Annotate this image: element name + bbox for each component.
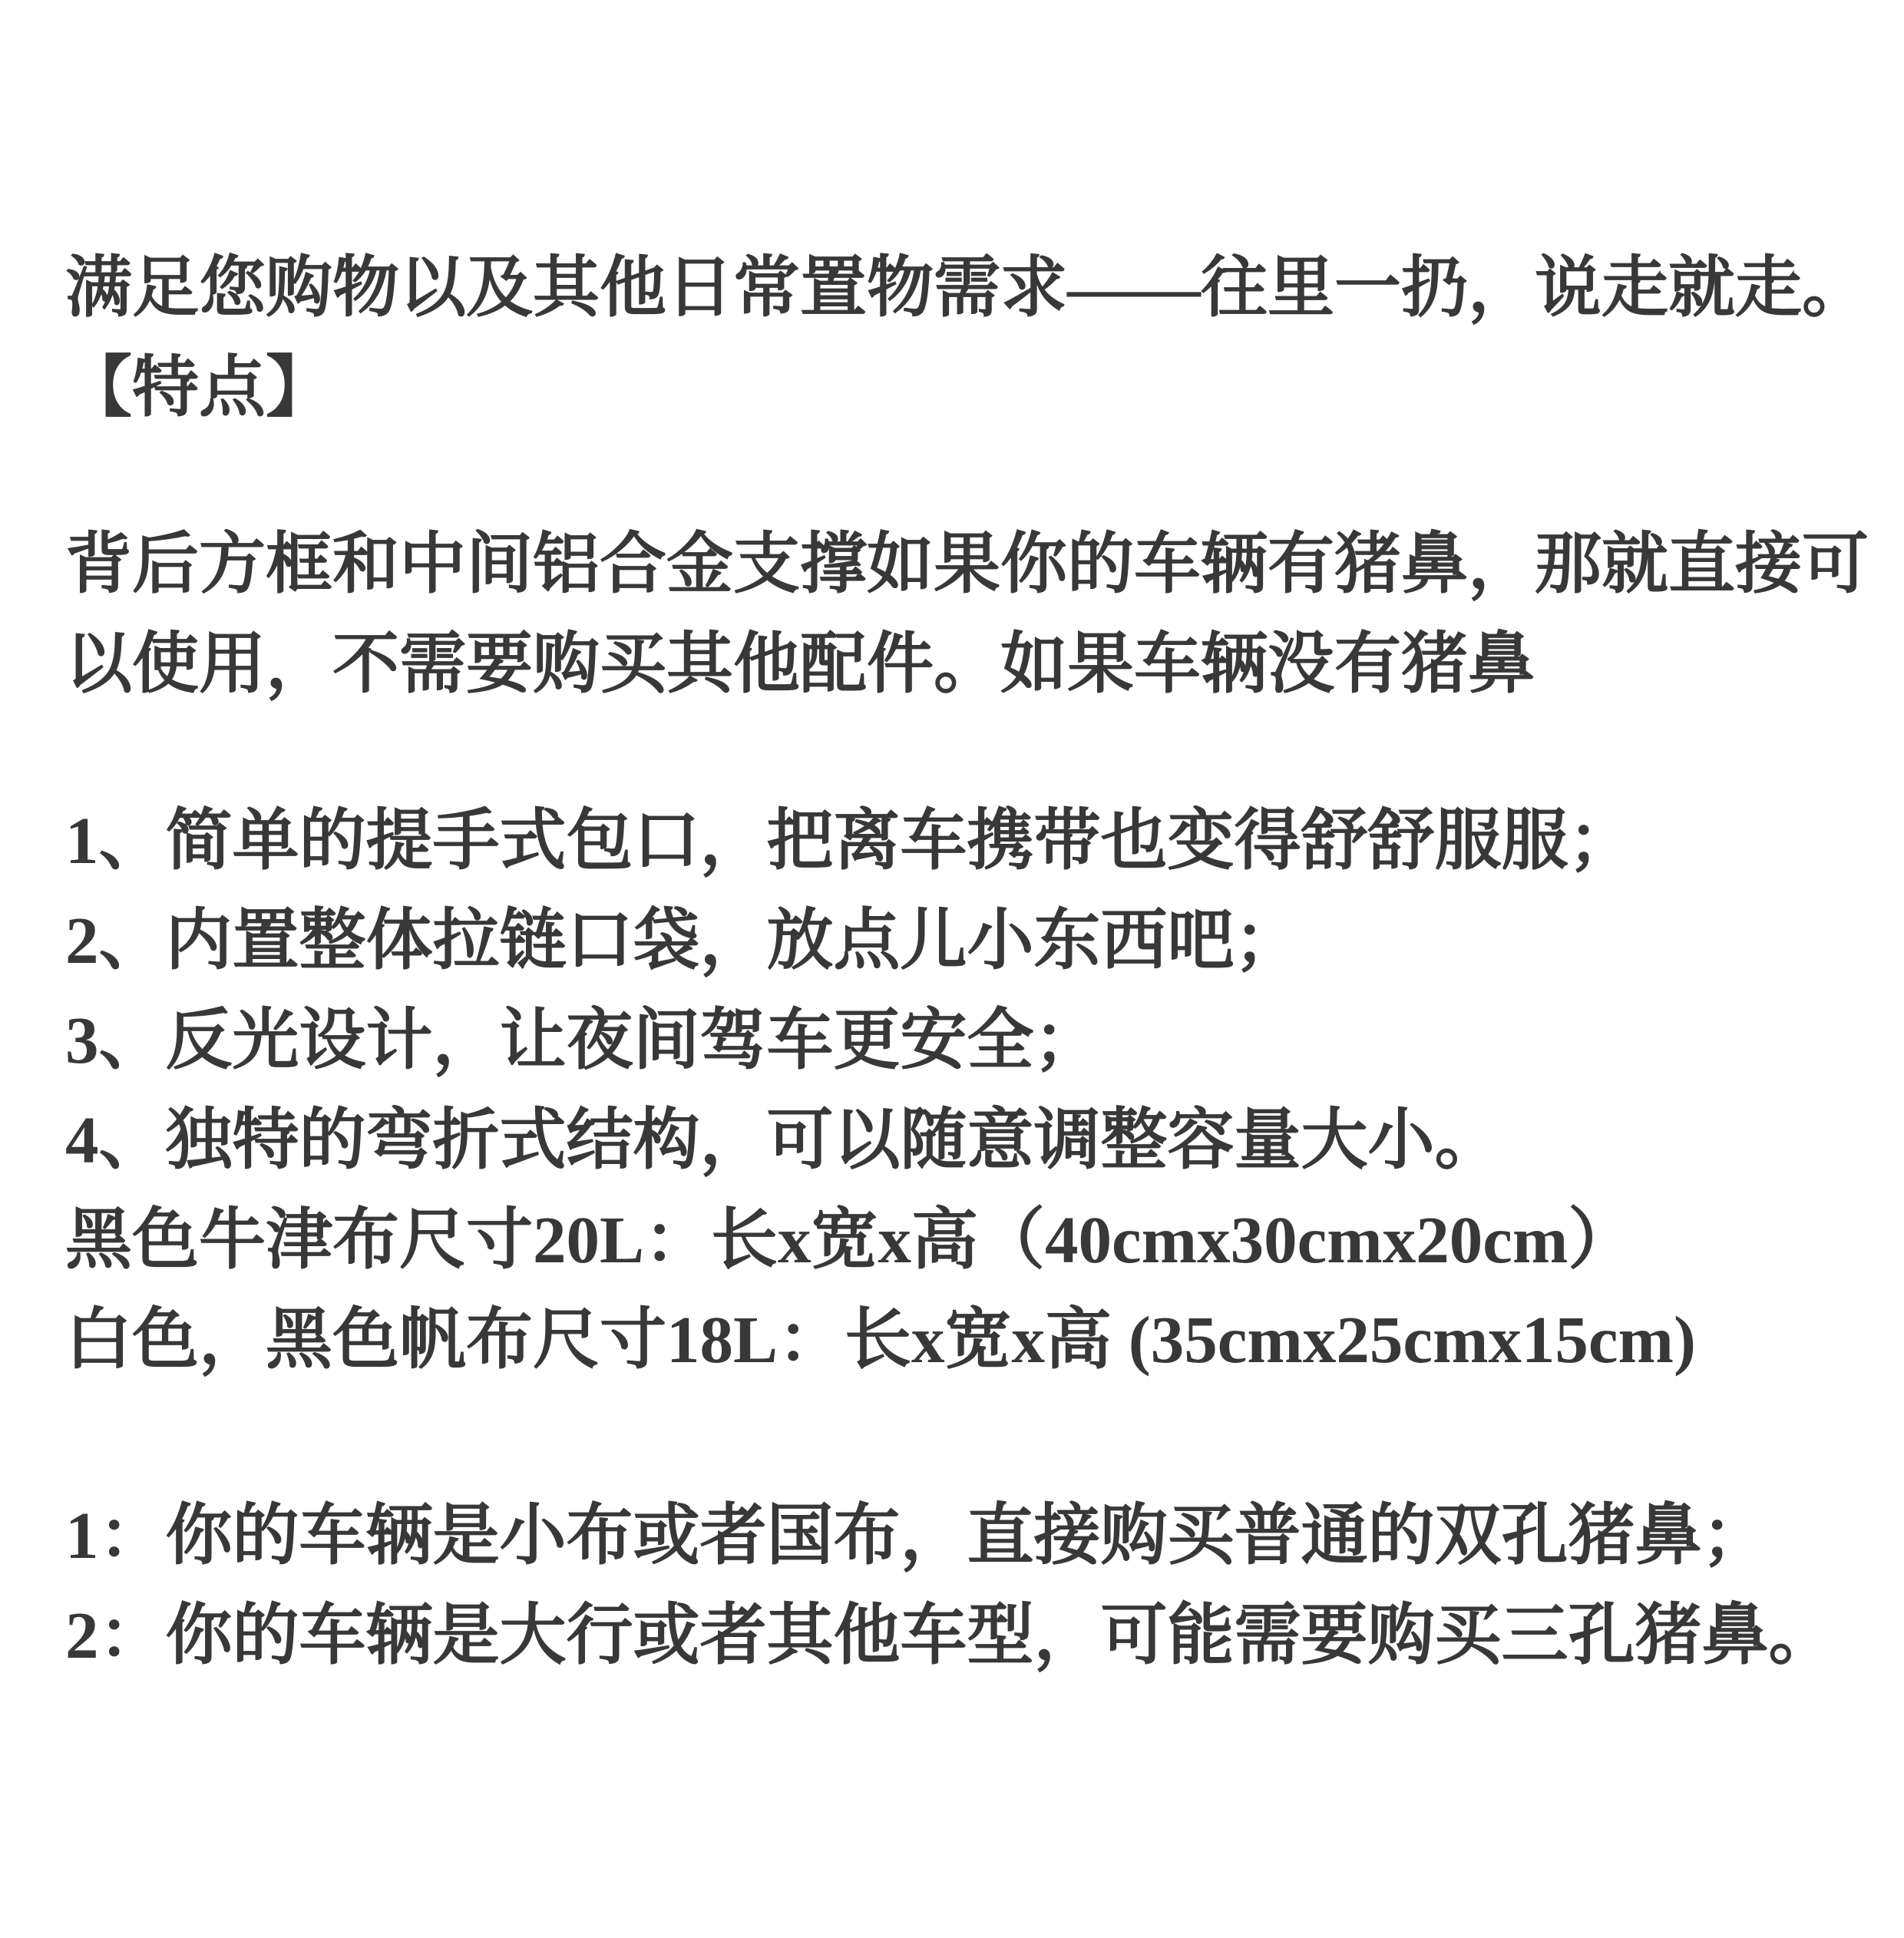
feature-list: 1、简单的提手式包口，把离车携带也变得舒舒服服； 2、内置整体拉链口袋，放点儿小… bbox=[65, 791, 1858, 1190]
intro-line: 满足您购物以及其他日常置物需求——往里一扔，说走就走。 bbox=[65, 238, 1858, 338]
feature-item-2: 2、内置整体拉链口袋，放点儿小东西吧； bbox=[65, 891, 1858, 990]
pig-nose-notes: 1：你的车辆是小布或者国布，直接购买普通的双孔猪鼻； 2：你的车辆是大行或者其他… bbox=[65, 1486, 1858, 1685]
feature-item-1: 1、简单的提手式包口，把离车携带也变得舒舒服服； bbox=[65, 791, 1858, 891]
size-spec-black-oxford: 黑色牛津布尺寸20L：长x宽x高（40cmx30cmx20cm） bbox=[65, 1190, 1858, 1290]
pig-nose-note-2: 2：你的车辆是大行或者其他车型，可能需要购买三孔猪鼻。 bbox=[65, 1586, 1858, 1685]
features-section-title: 【特点】 bbox=[65, 338, 1858, 438]
size-spec-white-black-canvas: 白色，黑色帆布尺寸18L：长x宽x高 (35cmx25cmx15cm) bbox=[65, 1290, 1858, 1390]
product-description-document: 满足您购物以及其他日常置物需求——往里一扔，说走就走。 【特点】 背后方框和中间… bbox=[0, 0, 1904, 1938]
support-line-1: 背后方框和中间铝合金支撑如果你的车辆有猪鼻，那就直接可 bbox=[65, 514, 1858, 614]
feature-item-3: 3、反光设计，让夜间驾车更安全； bbox=[65, 990, 1858, 1090]
support-paragraph: 背后方框和中间铝合金支撑如果你的车辆有猪鼻，那就直接可 以使用，不需要购买其他配… bbox=[65, 514, 1858, 714]
pig-nose-note-1: 1：你的车辆是小布或者国布，直接购买普通的双孔猪鼻； bbox=[65, 1486, 1858, 1586]
feature-item-4: 4、独特的弯折式结构，可以随意调整容量大小。 bbox=[65, 1090, 1858, 1190]
support-line-2: 以使用，不需要购买其他配件。如果车辆没有猪鼻 bbox=[65, 614, 1858, 714]
